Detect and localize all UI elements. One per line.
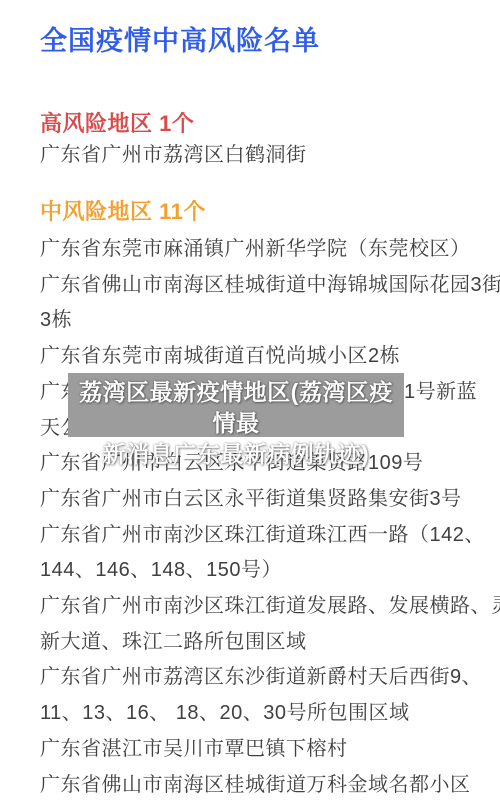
list-line: 广东省广州市荔湾区白鹤洞街 bbox=[40, 137, 460, 174]
list-item: 广东省湛江市吴川市覃巴镇下榕村 bbox=[40, 732, 460, 768]
list-line: 广东省湛江市吴川市覃巴镇下榕村 bbox=[40, 732, 460, 768]
list-item: 广东省广州市白云区永平街道集贤路集安街3号 bbox=[40, 482, 460, 518]
list-line: 广东省佛山市南海区桂城街道万科金域名都小区 bbox=[40, 768, 460, 804]
page-title: 全国疫情中高风险名单 bbox=[40, 0, 460, 57]
high-risk-list: 广东省广州市荔湾区白鹤洞街 bbox=[40, 137, 460, 174]
list-item: 广东省佛山市南海区桂城街道中海锦城国际花园3街3栋 bbox=[40, 268, 460, 339]
list-line: 广东省广州市南沙区珠江街道珠江西一路（142、 bbox=[40, 518, 460, 554]
list-item: 广东省广州市南沙区珠江街道珠江西一路（142、144、146、148、150号） bbox=[40, 518, 460, 589]
list-line: 广东省东莞市南城街道百悦尚城小区2栋 bbox=[40, 339, 460, 375]
watermark-line-2: 新消息广东最新病例轨迹) bbox=[68, 439, 404, 470]
list-line: 广东省东莞市麻涌镇广州新华学院（东莞校区） bbox=[40, 232, 460, 268]
list-line: 广东省广州市荔湾区东沙街道新爵村天后西街9、 bbox=[40, 660, 460, 696]
list-line: 广东省广州市南沙区珠江街道发展路、发展横路、灵 bbox=[40, 589, 460, 625]
watermark-line-1: 荔湾区最新疫情地区(荔湾区疫情最 bbox=[68, 377, 404, 439]
watermark-overlay: 荔湾区最新疫情地区(荔湾区疫情最 新消息广东最新病例轨迹) bbox=[68, 373, 404, 437]
list-line: 3栋 bbox=[40, 303, 460, 339]
risk-list-page: 全国疫情中高风险名单 高风险地区 1个 广东省广州市荔湾区白鹤洞街 中风险地区 … bbox=[0, 0, 500, 811]
list-item: 广东省广州市荔湾区白鹤洞街 bbox=[40, 137, 460, 174]
list-line: 144、146、148、150号） bbox=[40, 553, 460, 589]
list-item: 广东省佛山市南海区桂城街道万科金域名都小区 bbox=[40, 768, 460, 804]
medium-risk-section-heading: 中风险地区 11个 bbox=[40, 199, 460, 225]
high-risk-section-heading: 高风险地区 1个 bbox=[40, 111, 460, 137]
list-line: 新大道、珠江二路所包围区域 bbox=[40, 625, 460, 661]
obscured-right-fragment: 1号新蓝 bbox=[404, 375, 477, 411]
list-line: 广东省佛山市南海区桂城街道中海锦城国际花园3街 bbox=[40, 268, 460, 304]
list-item: 广东省东莞市南城街道百悦尚城小区2栋 bbox=[40, 339, 460, 375]
list-item: 广东省广州市荔湾区东沙街道新爵村天后西街9、11、13、16、 18、20、30… bbox=[40, 660, 460, 731]
list-item: 广东省东莞市麻涌镇广州新华学院（东莞校区） bbox=[40, 232, 460, 268]
list-item: 广东省广州市南沙区珠江街道发展路、发展横路、灵新大道、珠江二路所包围区域 bbox=[40, 589, 460, 660]
list-line: 广东省广州市白云区永平街道集贤路集安街3号 bbox=[40, 482, 460, 518]
list-line: 11、13、16、 18、20、30号所包围区域 bbox=[40, 696, 460, 732]
medium-risk-list: 广东省东莞市麻涌镇广州新华学院（东莞校区）广东省佛山市南海区桂城街道中海锦城国际… bbox=[40, 232, 460, 803]
